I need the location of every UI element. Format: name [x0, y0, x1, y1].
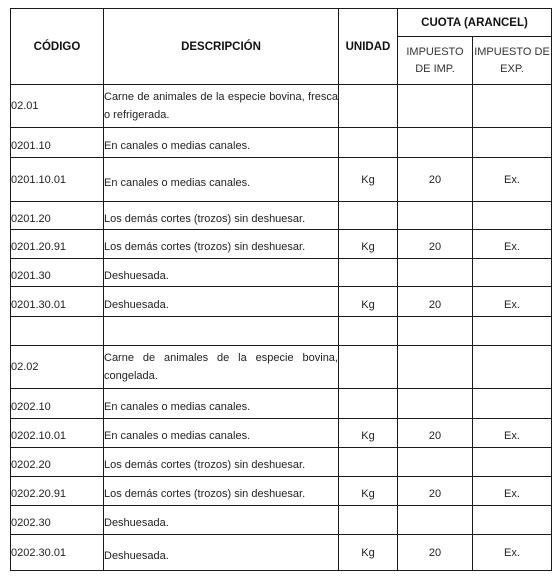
cell-descripcion: En canales o medias canales. — [104, 419, 339, 448]
cell-descripcion: En canales o medias canales. — [104, 128, 339, 158]
table-row: 0202.20.91Los demás cortes (trozos) sin … — [11, 477, 552, 506]
cell-impuesto-imp — [398, 259, 473, 287]
cell-impuesto-exp — [473, 506, 552, 535]
cell-impuesto-imp — [398, 448, 473, 477]
cell-descripcion: Deshuesada. — [104, 506, 339, 535]
table-row: 0201.10En canales o medias canales. — [11, 128, 552, 158]
cell-descripcion — [104, 317, 339, 346]
cell-codigo: 0201.30.01 — [11, 287, 104, 317]
cell-impuesto-imp: 20 — [398, 158, 473, 202]
table-row: 0201.30.01Deshuesada.Kg20Ex. — [11, 287, 552, 317]
tariff-table: CÓDIGO DESCRIPCIÓN UNIDAD CUOTA (ARANCEL… — [10, 8, 552, 571]
cell-impuesto-imp — [398, 506, 473, 535]
cell-unidad — [339, 346, 398, 389]
cell-codigo: 02.02 — [11, 346, 104, 389]
cell-unidad: Kg — [339, 287, 398, 317]
cell-codigo: 0201.20 — [11, 202, 104, 230]
cell-unidad: Kg — [339, 477, 398, 506]
cell-impuesto-imp: 20 — [398, 287, 473, 317]
cell-impuesto-exp — [473, 202, 552, 230]
cell-descripcion: Carne de animales de la especie bovina, … — [104, 85, 339, 128]
table-row: 0202.20Los demás cortes (trozos) sin des… — [11, 448, 552, 477]
table-row: 02.02Carne de animales de la especie bov… — [11, 346, 552, 389]
cell-descripcion: En canales o medias canales. — [104, 389, 339, 419]
cell-codigo: 0201.10 — [11, 128, 104, 158]
table-row: 0202.30.01Deshuesada.Kg20Ex. — [11, 535, 552, 571]
cell-impuesto-exp — [473, 259, 552, 287]
cell-unidad — [339, 448, 398, 477]
header-impuesto-imp: IMPUESTO DE IMP. — [398, 37, 473, 85]
table-row — [11, 317, 552, 346]
cell-descripcion: Los demás cortes (trozos) sin deshuesar. — [104, 230, 339, 259]
header-impuesto-exp: IMPUESTO DE EXP. — [473, 37, 552, 85]
cell-impuesto-exp: Ex. — [473, 230, 552, 259]
cell-impuesto-exp — [473, 128, 552, 158]
cell-impuesto-imp — [398, 346, 473, 389]
cell-descripcion: Deshuesada. — [104, 287, 339, 317]
table-row: 0201.20.91Los demás cortes (trozos) sin … — [11, 230, 552, 259]
cell-codigo: 0202.10 — [11, 389, 104, 419]
cell-impuesto-imp: 20 — [398, 419, 473, 448]
cell-descripcion: Deshuesada. — [104, 259, 339, 287]
cell-descripcion: Los demás cortes (trozos) sin deshuesar. — [104, 448, 339, 477]
cell-descripcion: Deshuesada. — [104, 535, 339, 571]
header-codigo: CÓDIGO — [11, 9, 104, 85]
cell-impuesto-imp — [398, 389, 473, 419]
header-descripcion: DESCRIPCIÓN — [104, 9, 339, 85]
cell-unidad: Kg — [339, 419, 398, 448]
cell-descripcion: Carne de animales de la especie bovina, … — [104, 346, 339, 389]
header-cuota: CUOTA (ARANCEL) — [398, 9, 552, 37]
table-row: 0201.20Los demás cortes (trozos) sin des… — [11, 202, 552, 230]
cell-unidad — [339, 389, 398, 419]
cell-codigo: 0202.20.91 — [11, 477, 104, 506]
cell-codigo: 0202.20 — [11, 448, 104, 477]
cell-impuesto-exp: Ex. — [473, 419, 552, 448]
cell-descripcion: En canales o medias canales. — [104, 158, 339, 202]
cell-impuesto-imp: 20 — [398, 230, 473, 259]
cell-unidad: Kg — [339, 535, 398, 571]
cell-unidad — [339, 317, 398, 346]
cell-impuesto-exp: Ex. — [473, 477, 552, 506]
cell-descripcion: Los demás cortes (trozos) sin deshuesar. — [104, 477, 339, 506]
cell-impuesto-imp: 20 — [398, 535, 473, 571]
cell-unidad — [339, 128, 398, 158]
table-row: 0202.30Deshuesada. — [11, 506, 552, 535]
cell-impuesto-exp — [473, 85, 552, 128]
cell-impuesto-imp — [398, 85, 473, 128]
cell-impuesto-imp — [398, 202, 473, 230]
cell-impuesto-exp: Ex. — [473, 158, 552, 202]
cell-codigo: 0201.30 — [11, 259, 104, 287]
cell-impuesto-exp — [473, 448, 552, 477]
table-row: 0201.10.01En canales o medias canales.Kg… — [11, 158, 552, 202]
table-row: 02.01Carne de animales de la especie bov… — [11, 85, 552, 128]
cell-codigo: 0202.10.01 — [11, 419, 104, 448]
table-body: 02.01Carne de animales de la especie bov… — [11, 85, 552, 571]
cell-impuesto-exp — [473, 389, 552, 419]
cell-unidad: Kg — [339, 230, 398, 259]
cell-impuesto-imp — [398, 317, 473, 346]
header-unidad: UNIDAD — [339, 9, 398, 85]
cell-unidad — [339, 259, 398, 287]
cell-unidad — [339, 202, 398, 230]
cell-codigo — [11, 317, 104, 346]
cell-descripcion: Los demás cortes (trozos) sin deshuesar. — [104, 202, 339, 230]
cell-codigo: 0201.10.01 — [11, 158, 104, 202]
table-row: 0201.30Deshuesada. — [11, 259, 552, 287]
cell-codigo: 0202.30 — [11, 506, 104, 535]
cell-unidad: Kg — [339, 158, 398, 202]
cell-impuesto-imp — [398, 128, 473, 158]
cell-unidad — [339, 506, 398, 535]
cell-codigo: 0201.20.91 — [11, 230, 104, 259]
table-row: 0202.10En canales o medias canales. — [11, 389, 552, 419]
cell-impuesto-imp: 20 — [398, 477, 473, 506]
cell-impuesto-exp — [473, 346, 552, 389]
cell-unidad — [339, 85, 398, 128]
cell-impuesto-exp: Ex. — [473, 535, 552, 571]
cell-impuesto-exp — [473, 317, 552, 346]
cell-impuesto-exp: Ex. — [473, 287, 552, 317]
table-row: 0202.10.01En canales o medias canales.Kg… — [11, 419, 552, 448]
cell-codigo: 0202.30.01 — [11, 535, 104, 571]
cell-codigo: 02.01 — [11, 85, 104, 128]
